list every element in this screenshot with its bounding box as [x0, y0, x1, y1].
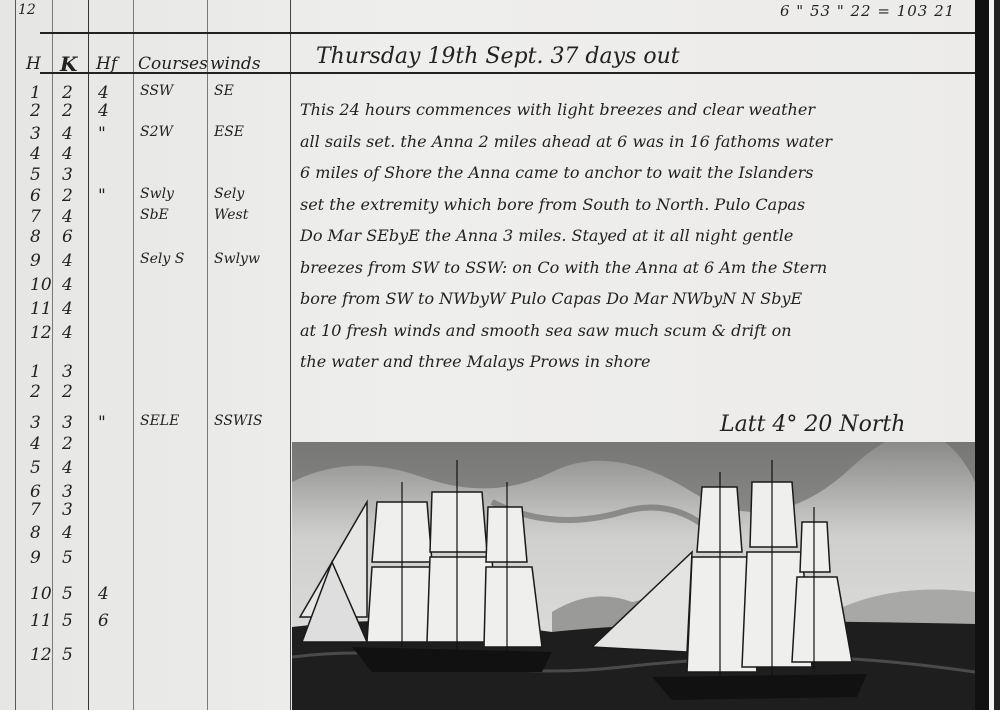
fathoms-cell: 4: [98, 101, 109, 121]
hour-cell: 10: [30, 275, 52, 295]
book-binding-edge: [994, 0, 1000, 710]
corner-calculation: 6 " 53 " 22 = 103 21: [780, 2, 955, 20]
hour-cell: 4: [30, 434, 41, 454]
knots-cell: 2: [62, 83, 73, 103]
knots-cell: 3: [62, 165, 73, 185]
fathoms-cell: 4: [98, 584, 109, 604]
book-binding: [975, 0, 989, 710]
knots-cell: 2: [62, 382, 73, 402]
log-entry-text: This 24 hours commences with light breez…: [300, 94, 980, 378]
column-rule: [88, 0, 89, 710]
wind-cell: ESE: [214, 124, 244, 140]
hour-cell: 3: [30, 413, 41, 433]
logbook-page: 12 6 " 53 " 22 = 103 21 H K Hf Courses w…: [0, 0, 1000, 710]
column-rule: [52, 0, 53, 710]
entry-line: Do Mar SEbyE the Anna 3 miles. Stayed at…: [300, 220, 980, 252]
knots-cell: 4: [62, 207, 73, 227]
hour-cell: 3: [30, 124, 41, 144]
hour-cell: 2: [30, 101, 41, 121]
hour-cell: 2: [30, 382, 41, 402]
hour-cell: 4: [30, 144, 41, 164]
header-knots: K: [60, 52, 77, 76]
knots-cell: 4: [62, 458, 73, 478]
wind-cell: West: [214, 207, 248, 223]
knots-cell: 3: [62, 362, 73, 382]
hour-cell: 8: [30, 523, 41, 543]
knots-cell: 3: [62, 413, 73, 433]
column-rule: [133, 0, 134, 710]
hour-cell: 9: [30, 548, 41, 568]
entry-date-heading: Thursday 19th Sept. 37 days out: [316, 44, 680, 69]
header-hour: H: [26, 54, 41, 74]
hour-cell: 11: [30, 611, 52, 631]
hour-cell: 10: [30, 584, 52, 604]
entry-line: breezes from SW to SSW: on Co with the A…: [300, 252, 980, 284]
header-courses: Courses: [138, 54, 208, 74]
entry-line: set the extremity which bore from South …: [300, 189, 980, 221]
hour-cell: 6: [30, 186, 41, 206]
course-cell: SSW: [140, 83, 173, 99]
knots-cell: 3: [62, 500, 73, 520]
hour-cell: 11: [30, 299, 52, 319]
column-rule: [290, 0, 291, 710]
entry-line: the water and three Malays Prows in shor…: [300, 346, 980, 378]
hour-cell: 12: [30, 323, 52, 343]
knots-cell: 4: [62, 251, 73, 271]
knots-cell: 5: [62, 645, 73, 665]
knots-cell: 5: [62, 611, 73, 631]
sailing-ships-drawing-icon: [292, 442, 975, 710]
entry-line: at 10 fresh winds and smooth sea saw muc…: [300, 315, 980, 347]
hour-cell: 5: [30, 165, 41, 185]
wind-cell: Sely: [214, 186, 244, 202]
wind-cell: Swlyw: [214, 251, 260, 267]
hour-cell: 7: [30, 207, 41, 227]
fathoms-cell: 4: [98, 83, 109, 103]
knots-cell: 6: [62, 227, 73, 247]
knots-cell: 4: [62, 523, 73, 543]
fathoms-cell: ": [98, 124, 106, 144]
course-cell: S2W: [140, 124, 173, 140]
wind-cell: SE: [214, 83, 234, 99]
course-cell: SbE: [140, 207, 169, 223]
course-cell: Sely S: [140, 251, 184, 267]
hour-cell: 5: [30, 458, 41, 478]
knots-cell: 4: [62, 275, 73, 295]
knots-cell: 3: [62, 482, 73, 502]
knots-cell: 2: [62, 101, 73, 121]
header-fathoms: Hf: [96, 54, 117, 74]
knots-cell: 4: [62, 323, 73, 343]
ships-illustration: [292, 442, 975, 710]
column-rule: [15, 0, 16, 710]
hour-cell: 12: [30, 645, 52, 665]
knots-cell: 2: [62, 434, 73, 454]
knots-cell: 4: [62, 144, 73, 164]
entry-line: all sails set. the Anna 2 miles ahead at…: [300, 126, 980, 158]
entry-line: bore from SW to NWbyW Pulo Capas Do Mar …: [300, 283, 980, 315]
knots-cell: 4: [62, 124, 73, 144]
column-rule: [207, 0, 208, 710]
course-cell: SELE: [140, 413, 179, 429]
header-rule-top: [40, 32, 975, 34]
entry-line: 6 miles of Shore the Anna came to anchor…: [300, 157, 980, 189]
hour-cell: 9: [30, 251, 41, 271]
page-number: 12: [18, 2, 36, 18]
hour-cell: 6: [30, 482, 41, 502]
latitude-note: Latt 4° 20 North: [720, 412, 905, 437]
header-winds: winds: [210, 54, 261, 74]
hour-cell: 7: [30, 500, 41, 520]
knots-cell: 5: [62, 548, 73, 568]
fathoms-cell: ": [98, 186, 106, 206]
knots-cell: 2: [62, 186, 73, 206]
entry-line: This 24 hours commences with light breez…: [300, 94, 980, 126]
fathoms-cell: 6: [98, 611, 109, 631]
course-cell: Swly: [140, 186, 174, 202]
wind-cell: SSWIS: [214, 413, 262, 429]
hour-cell: 1: [30, 362, 41, 382]
hour-cell: 1: [30, 83, 41, 103]
hour-cell: 8: [30, 227, 41, 247]
fathoms-cell: ": [98, 413, 106, 433]
knots-cell: 5: [62, 584, 73, 604]
knots-cell: 4: [62, 299, 73, 319]
